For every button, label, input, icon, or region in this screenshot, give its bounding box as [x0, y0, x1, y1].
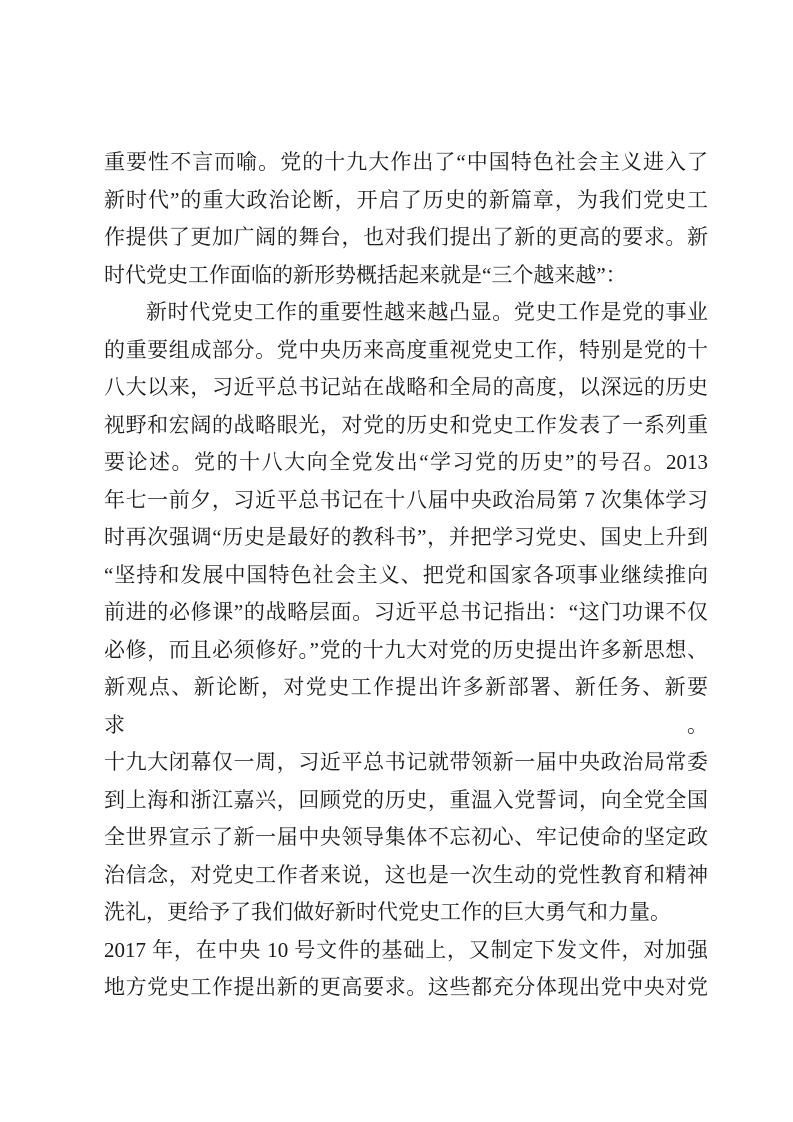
paragraph: 重要性不言而喻。党的十九大作出了“中国特色社会主义进入了新时代”的重大政治论断，…: [104, 144, 708, 294]
text-line: 要论述。党的十八大向全党发出“学习党的历史”的号召。2013: [104, 444, 708, 482]
text-line: 十九大闭幕仅一周，习近平总书记就带领新一届中央政治局常委: [104, 744, 708, 782]
text-line: 必修，而且必须修好。”党的十九大对党的历史提出许多新思想、: [104, 632, 708, 670]
text-line: 作提供了更加广阔的舞台，也对我们提出了新的更高的要求。新: [104, 219, 708, 257]
text-line: 治信念，对党史工作者来说，这也是一次生动的党性教育和精神: [104, 857, 708, 895]
text-line: 时再次强调“历史是最好的教科书”，并把学习党史、国史上升到: [104, 519, 708, 557]
text-line: 重要性不言而喻。党的十九大作出了“中国特色社会主义进入了: [104, 144, 708, 182]
text-line: 年七一前夕，习近平总书记在十八届中央政治局第 7 次集体学习: [104, 482, 708, 520]
text-line: 时代党史工作面临的新形势概括起来就是“三个越来越”：: [104, 257, 708, 295]
text-line: 新观点、新论断，对党史工作提出许多新部署、新任务、新要求。: [104, 669, 708, 744]
paragraph: 新时代党史工作的重要性越来越凸显。党史工作是党的事业的重要组成部分。党中央历来高…: [104, 294, 708, 1007]
text-line: 到上海和浙江嘉兴，回顾党的历史，重温入党誓词，向全党全国: [104, 782, 708, 820]
text-line: 前进的必修课”的战略层面。习近平总书记指出：“这门功课不仅: [104, 594, 708, 632]
document-body: 重要性不言而喻。党的十九大作出了“中国特色社会主义进入了新时代”的重大政治论断，…: [104, 144, 708, 1007]
text-line: 八大以来，习近平总书记站在战略和全局的高度，以深远的历史: [104, 369, 708, 407]
text-line: 新时代党史工作的重要性越来越凸显。党史工作是党的事业: [104, 294, 708, 332]
text-line: 视野和宏阔的战略眼光，对党的历史和党史工作发表了一系列重: [104, 407, 708, 445]
text-line: 全世界宣示了新一届中央领导集体不忘初心、牢记使命的坚定政: [104, 819, 708, 857]
text-line: 2017 年，在中央 10 号文件的基础上，又制定下发文件，对加强: [104, 932, 708, 970]
text-line: 洗礼，更给予了我们做好新时代党史工作的巨大勇气和力量。: [104, 894, 708, 932]
text-line: 的重要组成部分。党中央历来高度重视党史工作，特别是党的十: [104, 332, 708, 370]
text-line: 地方党史工作提出新的更高要求。这些都充分体现出党中央对党: [104, 969, 708, 1007]
text-line: “坚持和发展中国特色社会主义、把党和国家各项事业继续推向: [104, 557, 708, 595]
document-page: 重要性不言而喻。党的十九大作出了“中国特色社会主义进入了新时代”的重大政治论断，…: [0, 0, 793, 1122]
text-line: 新时代”的重大政治论断，开启了历史的新篇章，为我们党史工: [104, 182, 708, 220]
